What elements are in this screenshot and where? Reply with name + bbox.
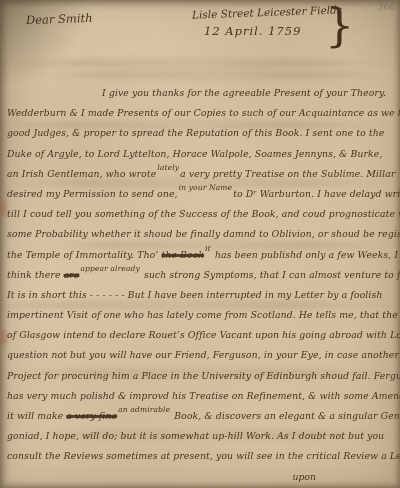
line-text: to Dʳ Warburton. I have delayd writing t…: [233, 189, 400, 200]
letter-line: the Temple of Immortality. Tho’ the Book…: [7, 246, 396, 266]
line-text: some Probability whether it shoud be fin…: [7, 229, 400, 240]
inserted-above-text: in your Name: [179, 178, 233, 198]
line-text: Project for procuring him a Place in the…: [7, 371, 400, 382]
line-text: I give you thanks for the agreeable Pres…: [102, 88, 386, 99]
line-text: Duke of Argyle, to Lord Lyttelton, Horac…: [7, 149, 382, 160]
letter-line: It is in short this - - - - - - But I ha…: [7, 286, 396, 306]
letter-line: Project for procuring him a Place in the…: [7, 367, 396, 387]
letter-line: of Glasgow intend to declare Rouet’s Off…: [7, 326, 396, 346]
strikethrough-text: the Book: [161, 250, 204, 261]
catchword: upon: [7, 468, 396, 488]
letter-line: desired my Permission to send one,in you…: [7, 185, 396, 205]
strikethrough-text: are: [64, 270, 80, 281]
line-text: goniad, I hope, will do; but it is somew…: [7, 431, 384, 442]
letter-line: good Judges, & proper to spread the Repu…: [7, 124, 396, 144]
letter-body: I give you thanks for the agreeable Pres…: [7, 84, 396, 488]
letter-line: Wedderburn & I made Presents of our Copi…: [7, 104, 396, 124]
line-text: an Irish Gentleman, who wrote: [7, 169, 156, 180]
line-text: of Glasgow intend to declare Rouet’s Off…: [7, 330, 400, 341]
showthrough-streak: [0, 58, 400, 68]
letter-line: I give you thanks for the agreeable Pres…: [7, 84, 396, 104]
inserted-above-text: it: [205, 239, 211, 259]
letter-line: goniad, I hope, will do; but it is somew…: [7, 427, 396, 447]
letter-line: it will make a very finean admirable Boo…: [7, 407, 396, 427]
address-block: Lisle Street Leicester Fields 12 April. …: [192, 7, 342, 38]
letter-line: some Probability whether it shoud be fin…: [7, 225, 396, 245]
line-text: It is in short this - - - - - - But I ha…: [7, 290, 382, 301]
letter-line: consult the Reviews sometimes at present…: [7, 447, 396, 467]
line-text: think there: [7, 270, 64, 281]
line-text: Wedderburn & I made Presents of our Copi…: [7, 108, 400, 119]
address-line: Lisle Street Leicester Fields: [192, 4, 343, 21]
showthrough-streak: [30, 70, 400, 80]
letter-line: impertinent Visit of one who has lately …: [7, 306, 396, 326]
manuscript-page: Dear Smith Lisle Street Leicester Fields…: [0, 0, 400, 488]
brace-glyph: }: [325, 0, 354, 52]
line-text: Book, & discovers an elegant & a singula…: [171, 411, 400, 422]
folio-number: 366: [378, 3, 395, 13]
line-text: question not but you will have our Frien…: [7, 350, 399, 361]
line-text: has been publishd only a few Weeks, I: [212, 250, 398, 261]
margin-mark: [0, 200, 7, 216]
letter-line: till I coud tell you something of the Su…: [7, 205, 396, 225]
letter-line: has very much polishd & improvd his Trea…: [7, 387, 396, 407]
margin-mark: [0, 330, 7, 346]
line-text: desired my Permission to send one,: [7, 189, 178, 200]
inserted-above-text: lately: [157, 158, 179, 178]
inserted-above-text: appear already: [80, 259, 139, 279]
letter-line: question not but you will have our Frien…: [7, 346, 396, 366]
strikethrough-text: a very fine: [66, 411, 117, 422]
line-text: consult the Reviews sometimes at present…: [7, 451, 400, 462]
line-text: good Judges, & proper to spread the Repu…: [7, 128, 384, 139]
salutation: Dear Smith: [26, 11, 93, 27]
line-text: it will make: [7, 411, 66, 422]
date-line: 12 April. 1759: [204, 24, 342, 38]
line-text: till I coud tell you something of the Su…: [7, 209, 400, 220]
letter-line: Duke of Argyle, to Lord Lyttelton, Horac…: [7, 145, 396, 165]
line-text: has very much polishd & improvd his Trea…: [7, 391, 400, 402]
inserted-above-text: an admirable: [118, 400, 170, 420]
letter-line: think there areappear already such stron…: [7, 266, 396, 286]
line-text: such strong Symptoms, that I can almost …: [141, 270, 400, 281]
line-text: impertinent Visit of one who has lately …: [7, 310, 400, 321]
